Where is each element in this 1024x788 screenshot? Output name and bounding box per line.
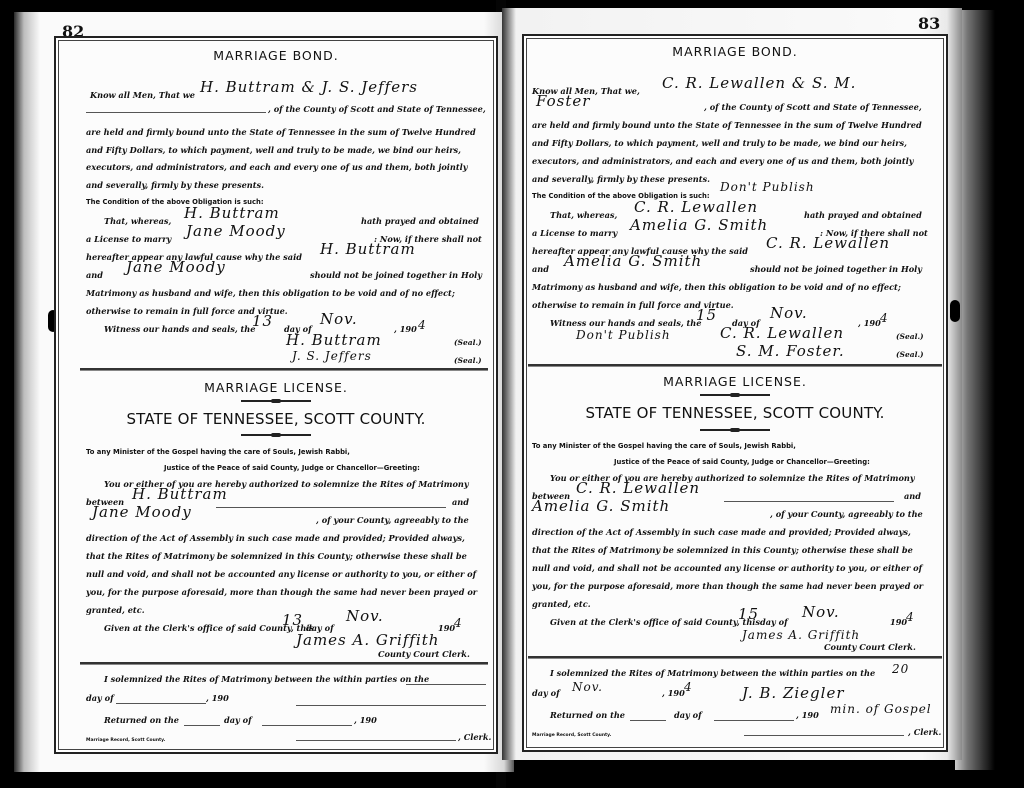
- section-divider: [80, 368, 488, 371]
- bond-principals: H. Buttram & J. S. Jeffers: [200, 78, 418, 96]
- license-body-2: that the Rites of Matrimony be solemnize…: [86, 551, 467, 561]
- left-record-form: MARRIAGE BOND. Know all Men, That we H. …: [54, 36, 498, 754]
- bond-body-1: are held and firmly bound unto the State…: [86, 127, 476, 137]
- state-title: STATE OF TENNESSEE, SCOTT COUNTY.: [56, 410, 496, 428]
- section-divider: [528, 364, 942, 367]
- groom-name-repeat: H. Buttram: [320, 240, 416, 258]
- groom-name: H. Buttram: [184, 204, 280, 222]
- license-groom: H. Buttram: [132, 485, 228, 503]
- footer-label: Marriage Record, Scott County.: [86, 738, 165, 743]
- day-of-label: day of: [86, 693, 114, 703]
- dont-publish-signature-note: Don't Publish: [576, 328, 671, 342]
- given-day: 13: [282, 611, 303, 629]
- witness-day: 13: [252, 312, 273, 330]
- license-body-5: granted, etc.: [532, 599, 591, 609]
- bond-body-3: executors, and administrators, and each …: [86, 162, 468, 172]
- year-prefix: , 190: [858, 318, 881, 328]
- county-line: , of the County of Scott and State of Te…: [704, 102, 922, 112]
- seal-label-2: (Seal.): [896, 350, 924, 359]
- county-suffix: , of your County, agreeably to the: [770, 509, 923, 519]
- year-prefix: 190: [890, 617, 907, 627]
- bond-title: MARRIAGE BOND.: [524, 44, 946, 59]
- returned-day-of: day of: [674, 710, 702, 720]
- bond-principals-2: Foster: [536, 92, 590, 110]
- bond-body-2: and Fifty Dollars, to which payment, wel…: [86, 145, 461, 155]
- license-body-3: null and void, and shall not be accounte…: [532, 563, 922, 573]
- whereas-suffix: hath prayed and obtained: [804, 210, 922, 220]
- bond-body-2: and Fifty Dollars, to which payment, wel…: [532, 138, 907, 148]
- day-of-label: day of: [760, 617, 788, 627]
- license-body-5: granted, etc.: [86, 605, 145, 615]
- given-month: Nov.: [346, 607, 384, 625]
- ornament: [700, 394, 770, 396]
- page-number-right: 83: [918, 14, 940, 33]
- license-body-3: null and void, and shall not be accounte…: [86, 569, 476, 579]
- license-body-1: direction of the Act of Assembly in such…: [86, 533, 465, 543]
- license-body-4: you, for the purpose aforesaid, more tha…: [86, 587, 477, 597]
- signature-1: H. Buttram: [286, 331, 382, 349]
- returned-day-of: day of: [224, 715, 252, 725]
- address-line-2: Justice of the Peace of said County, Jud…: [164, 464, 420, 472]
- bride-name: Amelia G. Smith: [630, 216, 768, 234]
- year-suffix: 4: [880, 311, 889, 325]
- officiant-title: min. of Gospel: [830, 702, 932, 716]
- footer-label: Marriage Record, Scott County.: [532, 733, 611, 738]
- know-all-label: Know all Men, That we: [90, 90, 195, 100]
- county-line: , of the County of Scott and State of Te…: [268, 104, 486, 114]
- seal-label-1: (Seal.): [896, 332, 924, 341]
- bond-body-4: and severally, firmly by these presents.: [86, 180, 264, 190]
- officiant-signature: J. B. Ziegler: [742, 684, 845, 702]
- joined-suffix: should not be joined together in Holy: [310, 270, 482, 280]
- blank-line: [406, 684, 486, 685]
- license-body-4: you, for the purpose aforesaid, more tha…: [532, 581, 923, 591]
- bride-name-repeat: Amelia G. Smith: [564, 252, 702, 270]
- year-prefix: , 190: [206, 693, 229, 703]
- dont-publish-annotation: Don't Publish: [720, 180, 815, 194]
- license-title: MARRIAGE LICENSE.: [56, 380, 496, 395]
- blank-line: [262, 725, 352, 726]
- address-line-1: To any Minister of the Gospel having the…: [86, 448, 350, 456]
- solemnized-month: Nov.: [572, 680, 603, 694]
- returned-year: , 190: [354, 715, 377, 725]
- right-record-form: MARRIAGE BOND. Know all Men, That we, C.…: [522, 34, 948, 752]
- and-label: and: [86, 270, 103, 280]
- signature-2: J. S. Jeffers: [292, 349, 372, 363]
- clerk-suffix: , Clerk.: [908, 727, 941, 737]
- license-bride: Jane Moody: [92, 503, 192, 521]
- bond-body-3: executors, and administrators, and each …: [532, 156, 914, 166]
- matrimony-line: Matrimony as husband and wife, then this…: [86, 288, 455, 298]
- seal-label-1: (Seal.): [454, 338, 482, 347]
- groom-name-repeat: C. R. Lewallen: [766, 234, 890, 252]
- blank-line: [296, 740, 456, 741]
- blank-line: [714, 720, 794, 721]
- joined-suffix: should not be joined together in Holy: [750, 264, 922, 274]
- year-suffix: 4: [906, 610, 915, 624]
- license-groom: C. R. Lewallen: [576, 479, 700, 497]
- year-prefix: , 190: [394, 324, 417, 334]
- state-title: STATE OF TENNESSEE, SCOTT COUNTY.: [524, 404, 946, 422]
- solemnized-line: I solemnized the Rites of Matrimony betw…: [104, 674, 429, 684]
- clerk-title: County Court Clerk.: [378, 649, 470, 659]
- witness-label: Witness our hands and seals, the: [104, 324, 255, 334]
- whereas-suffix: hath prayed and obtained: [361, 216, 479, 226]
- section-divider: [528, 656, 942, 659]
- section-divider: [80, 662, 488, 665]
- signature-1: C. R. Lewallen: [720, 324, 844, 342]
- officiant-line: [296, 705, 486, 706]
- and-label: and: [532, 264, 549, 274]
- blank-line: [630, 720, 666, 721]
- returned-year: , 190: [796, 710, 819, 720]
- blank-line: [724, 501, 894, 502]
- blank-line: [86, 112, 266, 113]
- year-suffix: 4: [454, 616, 463, 630]
- and-label: and: [452, 497, 469, 507]
- address-line-2: Justice of the Peace of said County, Jud…: [614, 458, 870, 466]
- ornament: [241, 400, 311, 402]
- county-suffix: , of your County, agreeably to the: [316, 515, 469, 525]
- bond-body-1: are held and firmly bound unto the State…: [532, 120, 922, 130]
- witness-month: Nov.: [320, 310, 358, 328]
- whereas-label: That, whereas,: [104, 216, 171, 226]
- blank-line: [216, 507, 446, 508]
- license-body-2: that the Rites of Matrimony be solemnize…: [532, 545, 913, 555]
- given-month: Nov.: [802, 603, 840, 621]
- year-suffix: 4: [684, 680, 693, 694]
- day-of-label: day of: [532, 688, 560, 698]
- solemnized-line: I solemnized the Rites of Matrimony betw…: [550, 668, 875, 678]
- bride-name-repeat: Jane Moody: [126, 258, 226, 276]
- bond-principals-1: C. R. Lewallen & S. M.: [662, 74, 856, 92]
- year-prefix: 190: [438, 623, 455, 633]
- returned-label: Returned on the: [550, 710, 625, 720]
- matrimony-line: Matrimony as husband and wife, then this…: [532, 282, 901, 292]
- blank-line: [184, 725, 220, 726]
- returned-label: Returned on the: [104, 715, 179, 725]
- clerk-signature: James A. Griffith: [296, 631, 439, 649]
- witness-day: 15: [696, 306, 717, 324]
- clerk-signature: James A. Griffith: [742, 628, 860, 642]
- license-to-marry-label: a License to marry: [532, 228, 617, 238]
- solemnized-day: 20: [892, 662, 909, 676]
- year-prefix: , 190: [662, 688, 685, 698]
- binding-hole: [950, 300, 960, 322]
- witness-month: Nov.: [770, 304, 808, 322]
- blank-line: [116, 703, 206, 704]
- clerk-title: County Court Clerk.: [824, 642, 916, 652]
- bond-body-4: and severally, firmly by these presents.: [532, 174, 710, 184]
- blank-line: [744, 735, 904, 736]
- seal-label-2: (Seal.): [454, 356, 482, 365]
- whereas-label: That, whereas,: [550, 210, 617, 220]
- address-line-1: To any Minister of the Gospel having the…: [532, 442, 796, 450]
- ornament: [241, 434, 311, 436]
- groom-name: C. R. Lewallen: [634, 198, 758, 216]
- given-label: Given at the Clerk's office of said Coun…: [550, 617, 760, 627]
- bride-name: Jane Moody: [186, 222, 286, 240]
- signature-2: S. M. Foster.: [736, 342, 845, 360]
- and-label: and: [904, 491, 921, 501]
- license-to-marry-label: a License to marry: [86, 234, 171, 244]
- ornament: [700, 429, 770, 431]
- year-suffix: 4: [418, 318, 427, 332]
- witness-label: Witness our hands and seals, the: [550, 318, 701, 328]
- clerk-suffix: , Clerk.: [458, 732, 491, 742]
- license-body-1: direction of the Act of Assembly in such…: [532, 527, 911, 537]
- bond-title: MARRIAGE BOND.: [56, 48, 496, 63]
- given-day: 15: [738, 605, 759, 623]
- license-title: MARRIAGE LICENSE.: [524, 374, 946, 389]
- license-bride: Amelia G. Smith: [532, 497, 670, 515]
